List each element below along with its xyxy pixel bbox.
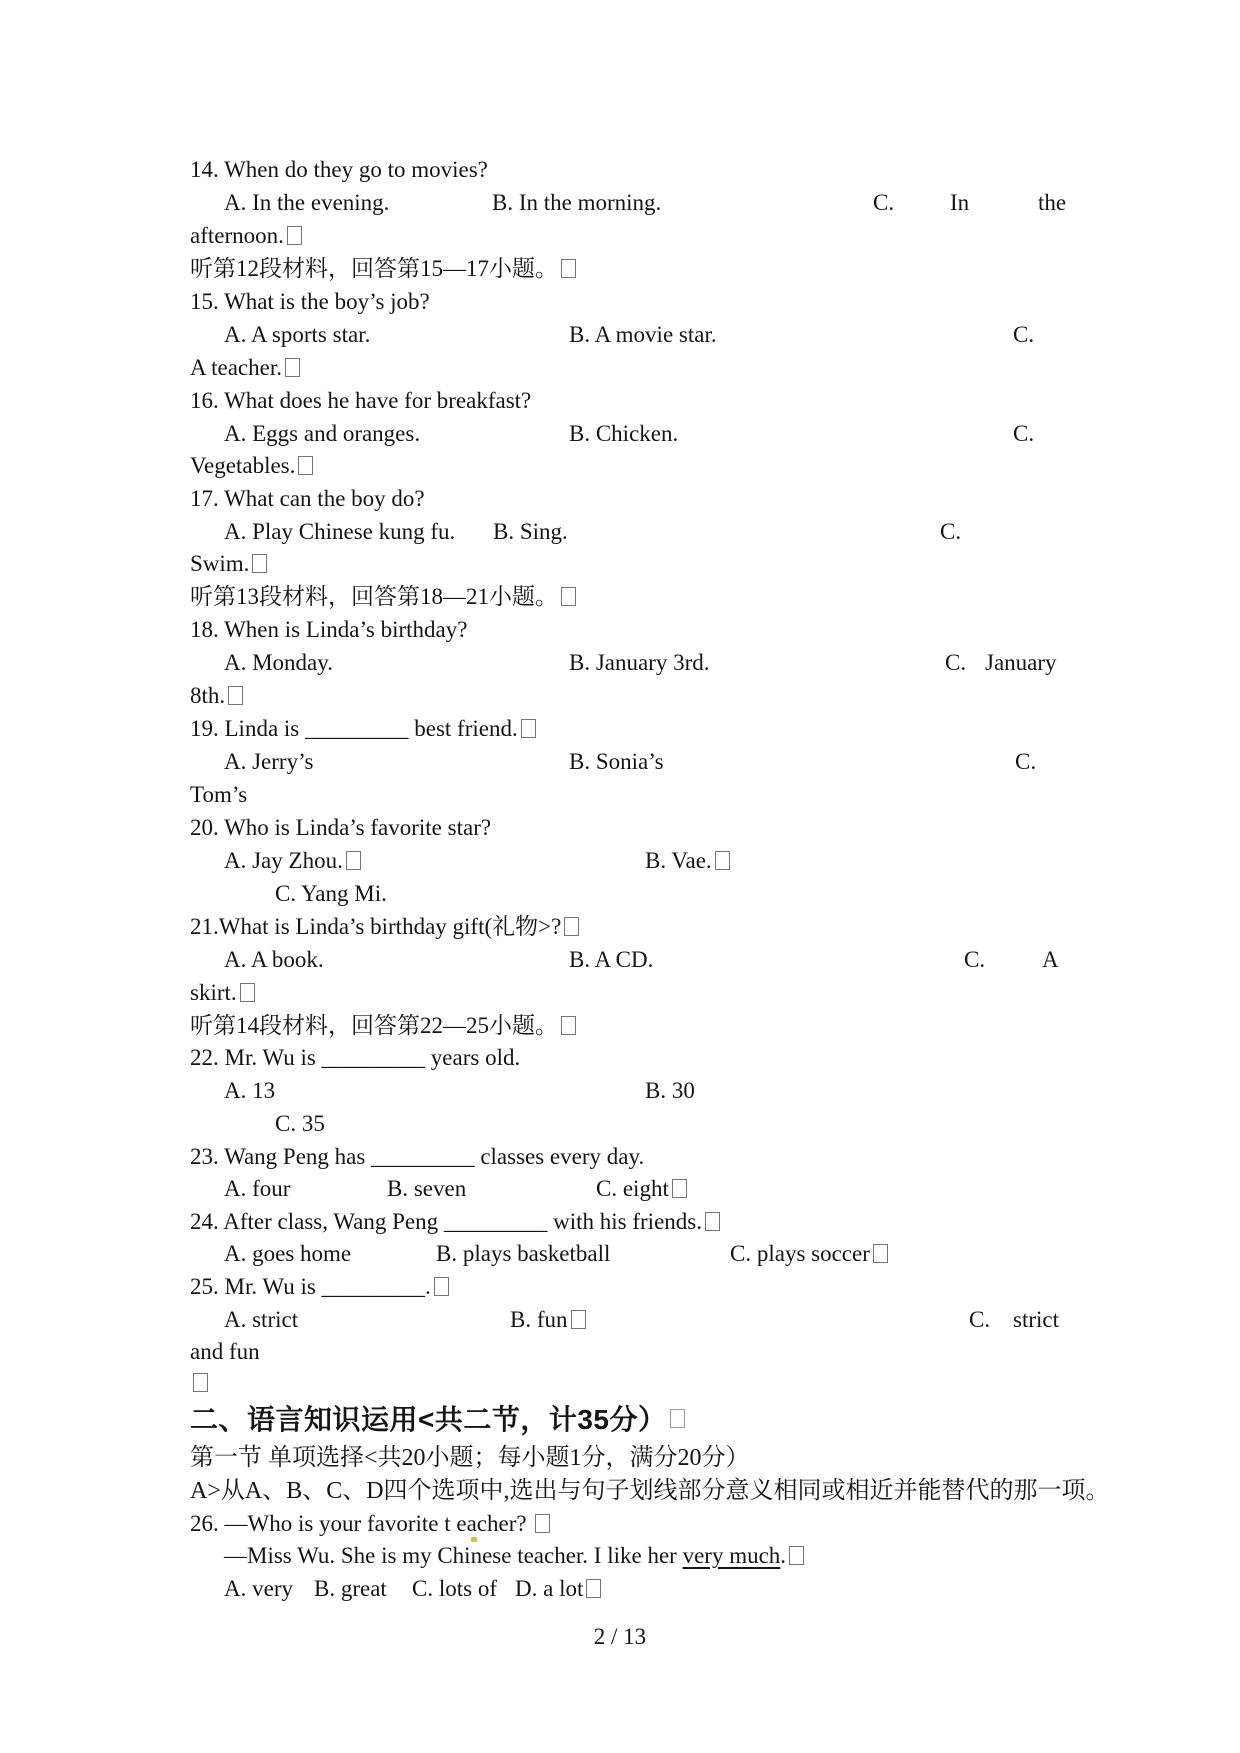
text-run: D. a lot <box>515 1576 583 1601</box>
text-segment: A. In the evening. <box>224 187 389 219</box>
text-segment: 19. Linda is _________ best friend. <box>190 713 536 745</box>
text-segment: C. <box>940 516 961 548</box>
text-segment: A <box>1042 944 1059 976</box>
text-segment: A>从A、B、C、D四个选项中,选出与句子划线部分意义相同或相近并能替代的那一项… <box>190 1475 1110 1507</box>
text-run: A. A sports star. <box>224 322 370 347</box>
text-run: A. strict <box>224 1307 298 1332</box>
text-run: B. Chicken. <box>569 421 678 446</box>
text-run: C. <box>1015 749 1036 774</box>
text-run: C. <box>1013 421 1034 446</box>
text-segment: 14. When do they go to movies? <box>190 154 488 186</box>
text-segment: 24. After class, Wang Peng _________ wit… <box>190 1206 720 1238</box>
text-run: A. 13 <box>224 1078 275 1103</box>
placeholder-box-glyph <box>535 1514 550 1533</box>
text-run: B. Sing. <box>493 519 568 544</box>
text-segment: 8th. <box>190 680 243 712</box>
text-segment: B. great <box>314 1573 387 1605</box>
text-run: A. goes home <box>224 1241 351 1266</box>
text-run: afternoon. <box>190 223 284 248</box>
text-segment: 听第14段材料，回答第22—25小题。 <box>190 1010 576 1042</box>
text-segment: the <box>1038 187 1066 219</box>
text-segment: 听第12段材料，回答第15—17小题。 <box>190 253 576 285</box>
placeholder-box-glyph <box>586 1579 601 1598</box>
text-run: B. 30 <box>645 1078 695 1103</box>
text-run: B. A CD. <box>569 947 653 972</box>
text-run: A <box>1042 947 1059 972</box>
text-segment <box>190 1367 208 1399</box>
placeholder-box-glyph <box>561 1016 576 1035</box>
text-run: Tom’s <box>190 782 247 807</box>
placeholder-box-glyph <box>705 1212 720 1231</box>
page-number: 2 / 13 <box>0 1622 1240 1652</box>
text-run: 14. When do they go to movies? <box>190 157 488 182</box>
placeholder-box-glyph <box>298 456 313 475</box>
text-segment: skirt. <box>190 977 255 1009</box>
text-run: C. <box>964 947 985 972</box>
text-run: B. January 3rd. <box>569 650 710 675</box>
placeholder-box-glyph <box>287 226 302 245</box>
text-run: C. <box>873 190 894 215</box>
text-segment: 20. Who is Linda’s favorite star? <box>190 812 491 844</box>
text-segment: C. plays soccer <box>730 1238 888 1270</box>
text-run: 8th. <box>190 683 225 708</box>
text-segment: B. Chicken. <box>569 418 678 450</box>
text-segment: 听第13段材料，回答第18—21小题。 <box>190 581 576 613</box>
text-segment: Swim. <box>190 548 267 580</box>
text-run: 20. Who is Linda’s favorite star? <box>190 815 491 840</box>
text-segment: and fun <box>190 1336 260 1368</box>
text-run: and fun <box>190 1339 260 1364</box>
text-run: A. Jay Zhou. <box>224 848 343 873</box>
text-run: A. A book. <box>224 947 324 972</box>
text-run: B. Sonia’s <box>569 749 664 774</box>
text-segment: 21.What is Linda’s birthday gift(礼物>? <box>190 911 579 943</box>
text-run: 二、语言知识运用<共二节，计35分） <box>190 1404 667 1435</box>
placeholder-box-glyph <box>434 1277 449 1296</box>
text-run: strict <box>1013 1307 1059 1332</box>
text-run: A>从A、B、C、D四个选项中,选出与句子划线部分意义相同或相近并能替代的那一项… <box>190 1478 1110 1504</box>
text-run: C. <box>969 1307 990 1332</box>
placeholder-box-glyph <box>571 1310 586 1329</box>
text-run: 21.What is Linda’s birthday gift(礼物>? <box>190 914 561 939</box>
text-run: 听第13段材料，回答第18—21小题。 <box>190 584 558 609</box>
placeholder-box-glyph <box>240 983 255 1002</box>
text-run: B. great <box>314 1576 387 1601</box>
text-run: C. 35 <box>275 1111 325 1136</box>
text-segment: A. A sports star. <box>224 319 370 351</box>
text-run: A. In the evening. <box>224 190 389 215</box>
placeholder-box-glyph <box>228 686 243 705</box>
text-run: B. In the morning. <box>492 190 661 215</box>
placeholder-box-glyph <box>873 1244 888 1263</box>
text-segment: C. <box>964 944 985 976</box>
text-run: . <box>780 1543 786 1568</box>
text-run: A. Monday. <box>224 650 333 675</box>
placeholder-box-glyph <box>672 1179 687 1198</box>
text-run: 听第14段材料，回答第22—25小题。 <box>190 1013 558 1038</box>
text-segment: A. 13 <box>224 1075 275 1107</box>
text-segment: B. Sing. <box>493 516 568 548</box>
text-run: B. Vae. <box>645 848 712 873</box>
text-segment: C. Yang Mi. <box>275 878 387 910</box>
text-segment: Tom’s <box>190 779 247 811</box>
text-run: 23. Wang Peng has _________ classes ever… <box>190 1144 644 1169</box>
text-run: B. plays basketball <box>436 1241 610 1266</box>
placeholder-box-glyph <box>252 554 267 573</box>
text-segment: —Miss Wu. She is my Chinese teacher. I l… <box>224 1540 804 1572</box>
text-segment: 25. Mr. Wu is _________. <box>190 1271 449 1303</box>
placeholder-box-glyph <box>285 358 300 377</box>
text-segment: A. Play Chinese kung fu. <box>224 516 455 548</box>
placeholder-box-glyph <box>346 851 361 870</box>
text-segment: A. Eggs and oranges. <box>224 418 420 450</box>
text-segment: Vegetables. <box>190 450 313 482</box>
placeholder-box-glyph <box>564 917 579 936</box>
text-segment: A. goes home <box>224 1238 351 1270</box>
text-segment: C. <box>1013 418 1034 450</box>
text-run: 24. After class, Wang Peng _________ wit… <box>190 1209 702 1234</box>
text-run: A. very <box>224 1576 293 1601</box>
text-run: January <box>985 650 1057 675</box>
text-run: C. Yang Mi. <box>275 881 387 906</box>
text-segment: B. January 3rd. <box>569 647 710 679</box>
text-run: C. <box>1013 322 1034 347</box>
text-segment: B. A movie star. <box>569 319 717 351</box>
text-run: 25. Mr. Wu is _________. <box>190 1274 431 1299</box>
placeholder-box-glyph <box>561 259 576 278</box>
text-run: 26. —Who is your favorite t eacher? <box>190 1511 532 1536</box>
text-run: —Miss Wu. She is my Chinese teacher. I l… <box>224 1543 683 1568</box>
placeholder-box-glyph <box>670 1409 685 1428</box>
text-run: C. <box>940 519 961 544</box>
text-run: C. lots of <box>412 1576 497 1601</box>
text-run: C. eight <box>596 1176 669 1201</box>
text-run: A. Jerry’s <box>224 749 313 774</box>
text-segment: 23. Wang Peng has _________ classes ever… <box>190 1141 644 1173</box>
text-run: 15. What is the boy’s job? <box>190 289 430 314</box>
text-segment: A. four <box>224 1173 290 1205</box>
text-segment: 17. What can the boy do? <box>190 483 425 515</box>
text-run: B. fun <box>510 1307 568 1332</box>
text-run: A. Eggs and oranges. <box>224 421 420 446</box>
text-segment: A. strict <box>224 1304 298 1336</box>
text-run: 18. When is Linda’s birthday? <box>190 617 467 642</box>
text-segment: 26. —Who is your favorite t eacher? <box>190 1508 550 1540</box>
placeholder-box-glyph <box>521 719 536 738</box>
text-segment: C. <box>1013 319 1034 351</box>
text-segment: C. <box>945 647 966 679</box>
text-segment: January <box>985 647 1057 679</box>
text-run: 听第12段材料，回答第15—17小题。 <box>190 256 558 281</box>
text-segment: C. <box>1015 746 1036 778</box>
text-segment: A. A book. <box>224 944 324 976</box>
text-segment: A. Jerry’s <box>224 746 313 778</box>
text-segment: C. <box>873 187 894 219</box>
text-segment: B. Sonia’s <box>569 746 664 778</box>
text-segment: B. In the morning. <box>492 187 661 219</box>
text-run: B. seven <box>387 1176 466 1201</box>
text-run: skirt. <box>190 980 237 1005</box>
text-run: C. plays soccer <box>730 1241 870 1266</box>
text-segment: afternoon. <box>190 220 302 252</box>
text-segment: A. Jay Zhou. <box>224 845 361 877</box>
text-run: A. four <box>224 1176 290 1201</box>
text-segment: B. 30 <box>645 1075 695 1107</box>
text-segment: D. a lot <box>515 1573 601 1605</box>
text-segment: B. seven <box>387 1173 466 1205</box>
scan-artifact-dot <box>471 1537 477 1542</box>
text-run: Vegetables. <box>190 453 295 478</box>
text-run: Swim. <box>190 551 249 576</box>
text-segment: 15. What is the boy’s job? <box>190 286 430 318</box>
placeholder-box-glyph <box>561 587 576 606</box>
underlined-phrase: very much <box>683 1543 781 1568</box>
text-run: the <box>1038 190 1066 215</box>
text-run: A teacher. <box>190 355 282 380</box>
text-run: 19. Linda is _________ best friend. <box>190 716 518 741</box>
placeholder-box-glyph <box>789 1546 804 1565</box>
text-segment: B. A CD. <box>569 944 653 976</box>
text-segment: C. lots of <box>412 1573 497 1605</box>
text-run: B. A movie star. <box>569 322 717 347</box>
text-run: C. <box>945 650 966 675</box>
text-segment: 18. When is Linda’s birthday? <box>190 614 467 646</box>
text-segment: In <box>950 187 969 219</box>
text-segment: A. very <box>224 1573 293 1605</box>
text-segment: A. Monday. <box>224 647 333 679</box>
text-run: 22. Mr. Wu is _________ years old. <box>190 1045 520 1070</box>
text-run: 第一节 单项选择<共20小题；每小题1分，满分20分） <box>190 1445 750 1471</box>
text-run: A. Play Chinese kung fu. <box>224 519 455 544</box>
text-segment: B. fun <box>510 1304 586 1336</box>
placeholder-box-glyph <box>715 851 730 870</box>
text-run: 17. What can the boy do? <box>190 486 425 511</box>
text-run: In <box>950 190 969 215</box>
text-segment: 16. What does he have for breakfast? <box>190 385 531 417</box>
text-segment: 22. Mr. Wu is _________ years old. <box>190 1042 520 1074</box>
text-segment: A teacher. <box>190 352 300 384</box>
text-segment: strict <box>1013 1304 1059 1336</box>
text-segment: 二、语言知识运用<共二节，计35分） <box>190 1401 685 1439</box>
text-segment: C. 35 <box>275 1108 325 1140</box>
placeholder-box-glyph <box>193 1373 208 1392</box>
document-page: 14. When do they go to movies?A. In the … <box>0 0 1240 1753</box>
text-segment: B. plays basketball <box>436 1238 610 1270</box>
text-segment: C. eight <box>596 1173 687 1205</box>
text-segment: C. <box>969 1304 990 1336</box>
text-segment: B. Vae. <box>645 845 730 877</box>
text-segment: 第一节 单项选择<共20小题；每小题1分，满分20分） <box>190 1442 750 1474</box>
text-run: 16. What does he have for breakfast? <box>190 388 531 413</box>
